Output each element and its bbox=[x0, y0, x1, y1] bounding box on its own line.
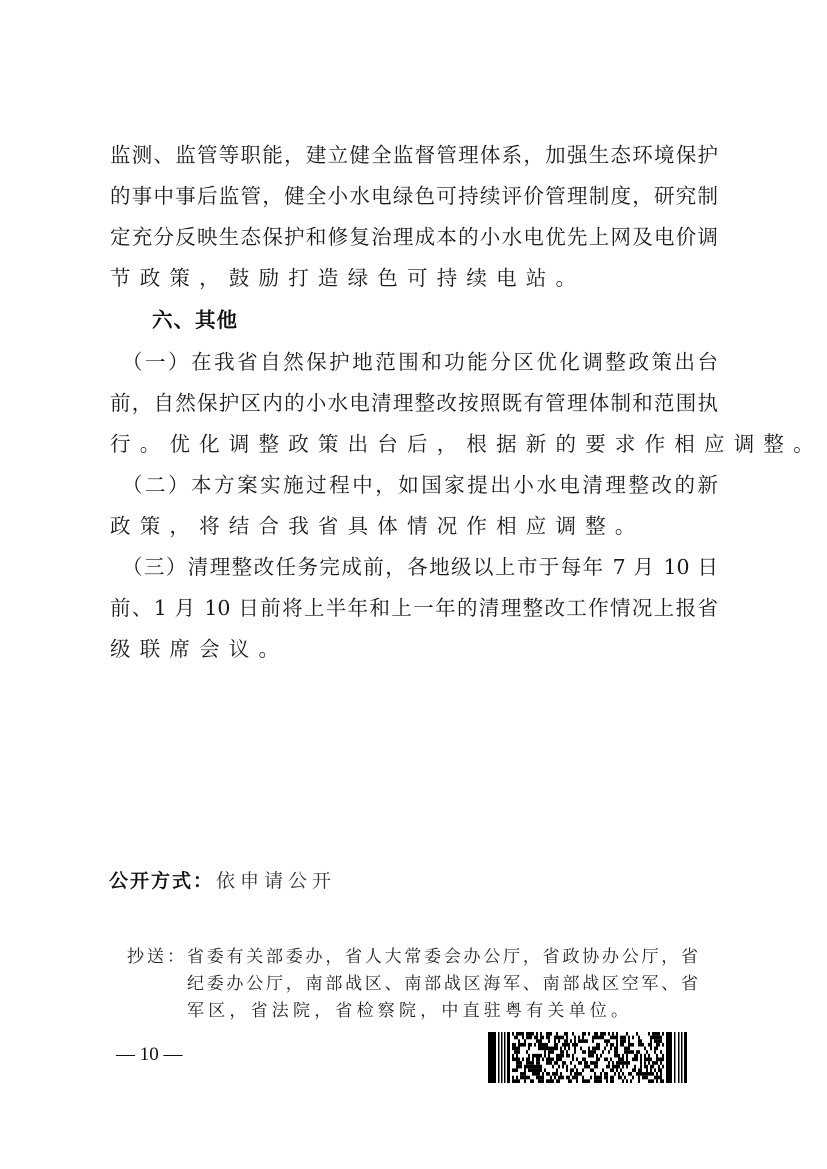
item-2-line: 政策，将结合我省具体情况作相应调整。 bbox=[110, 506, 718, 546]
body-text-line: 的事中事后监管，健全小水电绿色可持续评价管理制度，研究制 bbox=[110, 176, 718, 216]
item-1-line: 行。优化调整政策出台后，根据新的要求作相应调整。 bbox=[110, 424, 718, 464]
cc-label: 抄送： bbox=[127, 944, 187, 971]
disclosure-row: 公开方式：依申请公开 bbox=[109, 866, 336, 896]
body-text-line: 节政策，鼓励打造绿色可持续电站。 bbox=[110, 258, 718, 298]
item-1-line: （一）在我省自然保护地范围和功能分区优化调整政策出台 bbox=[122, 342, 718, 382]
page-number: — 10 — bbox=[116, 1042, 183, 1068]
cc-line: 军区，省法院，省检察院，中直驻粤有关单位。 bbox=[187, 998, 698, 1025]
item-1-line: 前，自然保护区内的小水电清理整改按照既有管理体制和范围执 bbox=[110, 383, 718, 423]
body-text-line: 定充分反映生态保护和修复治理成本的小水电优先上网及电价调 bbox=[110, 217, 718, 257]
disclosure-label: 公开方式： bbox=[109, 870, 214, 892]
item-3-line: 前、1 月 10 日前将上半年和上一年的清理整改工作情况上报省 bbox=[110, 588, 718, 628]
item-3-line: （三）清理整改任务完成前，各地级以上市于每年 7 月 10 日 bbox=[122, 547, 718, 587]
cc-line: 省委有关部委办，省人大常委会办公厅，省政协办公厅，省 bbox=[187, 944, 698, 971]
disclosure-value: 依申请公开 bbox=[216, 870, 336, 892]
body-text-line: 监测、监管等职能，建立健全监督管理体系，加强生态环境保护 bbox=[110, 135, 718, 175]
item-2-line: （二）本方案实施过程中，如国家提出小水电清理整改的新 bbox=[122, 465, 718, 505]
item-3-line: 级联席会议。 bbox=[110, 629, 718, 669]
cc-line: 纪委办公厅，南部战区、南部战区海军、南部战区空军、省 bbox=[187, 971, 698, 998]
pdf417-barcode-icon bbox=[488, 1032, 688, 1083]
section-heading: 六、其他 bbox=[152, 300, 238, 340]
